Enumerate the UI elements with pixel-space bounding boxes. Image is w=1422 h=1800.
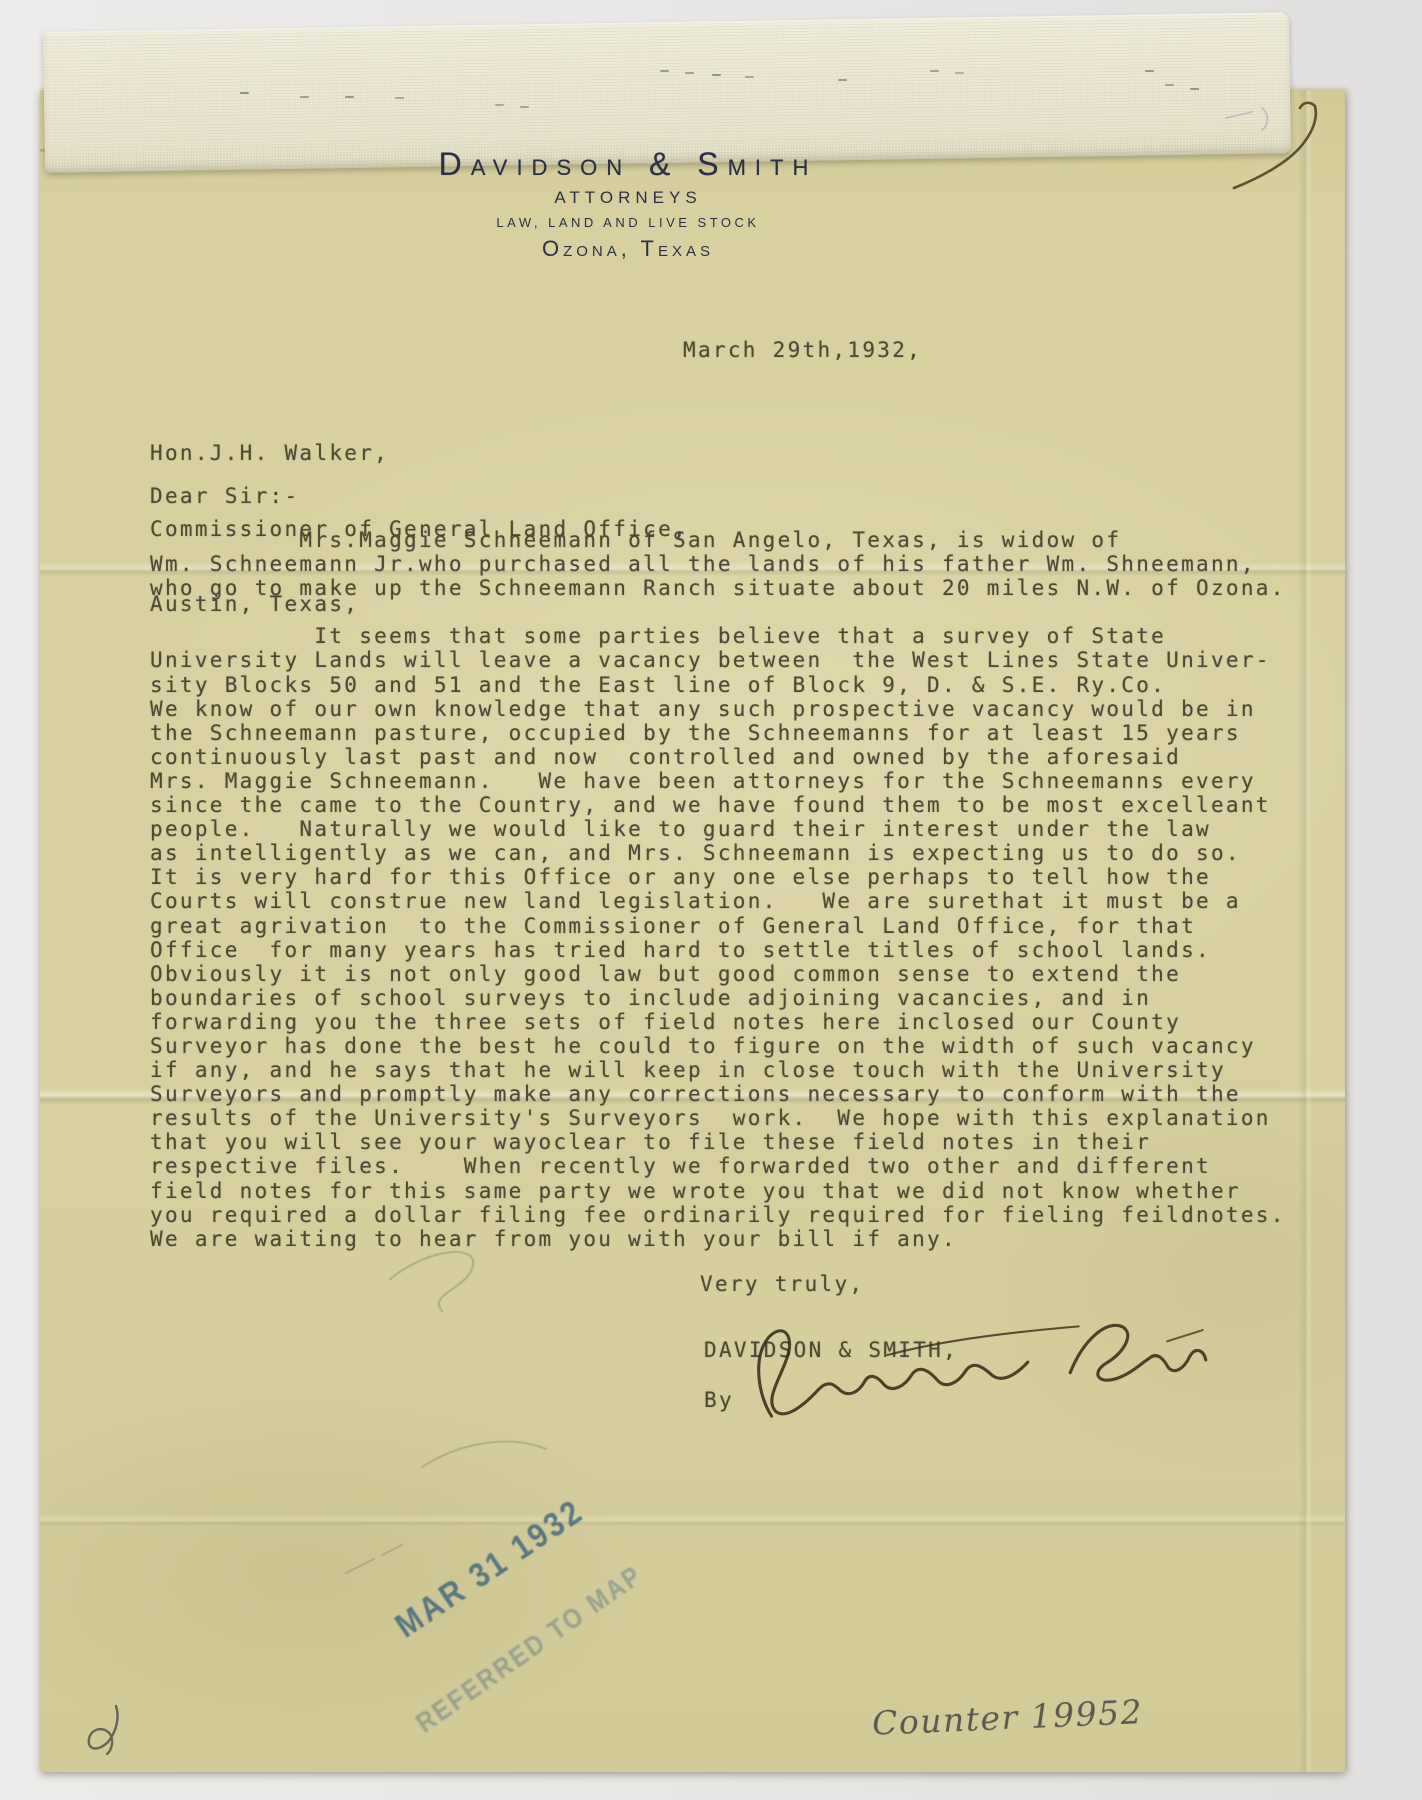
stitch-marks <box>240 92 249 94</box>
letter-body-line: since the came to the Country, and we ha… <box>150 793 1286 817</box>
letter-body-line: people. Naturally we would like to guard… <box>150 817 1286 841</box>
letter-body-line: sity Blocks 50 and 51 and the East line … <box>150 673 1286 697</box>
letterhead-location: Ozona, Texas <box>228 236 1028 262</box>
letter-body-line: Mrs.Maggie Schneemann of San Angelo, Tex… <box>150 528 1286 552</box>
letter-body-line: Surveyors and promptly make any correcti… <box>150 1082 1286 1106</box>
letter-body-line: continuously last past and now controlle… <box>150 745 1286 769</box>
letterhead-firm-name: Davidson & Smith <box>228 146 1028 183</box>
letter-body-line: Obviously it is not only good law but go… <box>150 962 1286 986</box>
letter-body-line: It is very hard for this Office or any o… <box>150 865 1286 889</box>
pencil-annotation-d <box>82 1700 126 1760</box>
signature-houston-smith <box>738 1306 1212 1432</box>
letter-body-line: boundaries of school surveys to include … <box>150 986 1286 1010</box>
salutation: Dear Sir:- <box>150 484 299 508</box>
letter-body-line: respective files. When recently we forwa… <box>150 1154 1286 1178</box>
letter-body-line: you required a dollar filing fee ordinar… <box>150 1203 1286 1227</box>
letterhead-practice-areas: LAW, LAND AND LIVE STOCK <box>228 215 1028 230</box>
letter-body-line: We are waiting to hear from you with you… <box>150 1227 1286 1251</box>
letter-body-line: field notes for this same party we wrote… <box>150 1179 1286 1203</box>
letter-body-line: Courts will construe new land legislatio… <box>150 889 1286 913</box>
letter-body-line: who go to make up the Schneemann Ranch s… <box>150 576 1286 600</box>
scanned-letter-page: { "letterhead": { "firm_name": "Davidson… <box>0 0 1422 1800</box>
paper-fold-crease <box>40 1514 1345 1526</box>
letter-body: Mrs.Maggie Schneemann of San Angelo, Tex… <box>150 528 1286 1251</box>
paper-vertical-crease <box>1298 90 1312 1772</box>
letter-body-line: We know of our own knowledge that any su… <box>150 697 1286 721</box>
letter-body-line: that you will see your wayoclear to file… <box>150 1130 1286 1154</box>
letter-body-line: results of the University's Surveyors wo… <box>150 1106 1286 1130</box>
letter-body-line: Mrs. Maggie Schneemann. We have been att… <box>150 769 1286 793</box>
date-line: March 29th,1932, <box>683 338 922 362</box>
valediction: Very truly, <box>700 1272 864 1296</box>
letter-body-line: Office for many years has tried hard to … <box>150 938 1286 962</box>
ink-stroke-top-right <box>1218 100 1338 195</box>
letter-body-line <box>150 600 1286 624</box>
letter-body-line: University Lands will leave a vacancy be… <box>150 648 1286 672</box>
letter-body-line: Surveyor has done the best he could to f… <box>150 1034 1286 1058</box>
closing-by-label: By <box>704 1388 734 1412</box>
letter-body-line: forwarding you the three sets of field n… <box>150 1010 1286 1034</box>
recipient-name: Hon.J.H. Walker, <box>150 440 688 468</box>
letter-body-line: as intelligently as we can, and Mrs. Sch… <box>150 841 1286 865</box>
letterhead: Davidson & Smith ATTORNEYS LAW, LAND AND… <box>228 146 1028 262</box>
letter-body-line: the Schneemann pasture, occupied by the … <box>150 721 1286 745</box>
letter-body-line: Wm. Schneemann Jr.who purchased all the … <box>150 552 1286 576</box>
letter-body-line: great agrivation to the Commissioner of … <box>150 914 1286 938</box>
letter-body-line: if any, and he says that he will keep in… <box>150 1058 1286 1082</box>
letter-body-line: It seems that some parties believe that … <box>150 624 1286 648</box>
letterhead-profession: ATTORNEYS <box>228 188 1028 208</box>
